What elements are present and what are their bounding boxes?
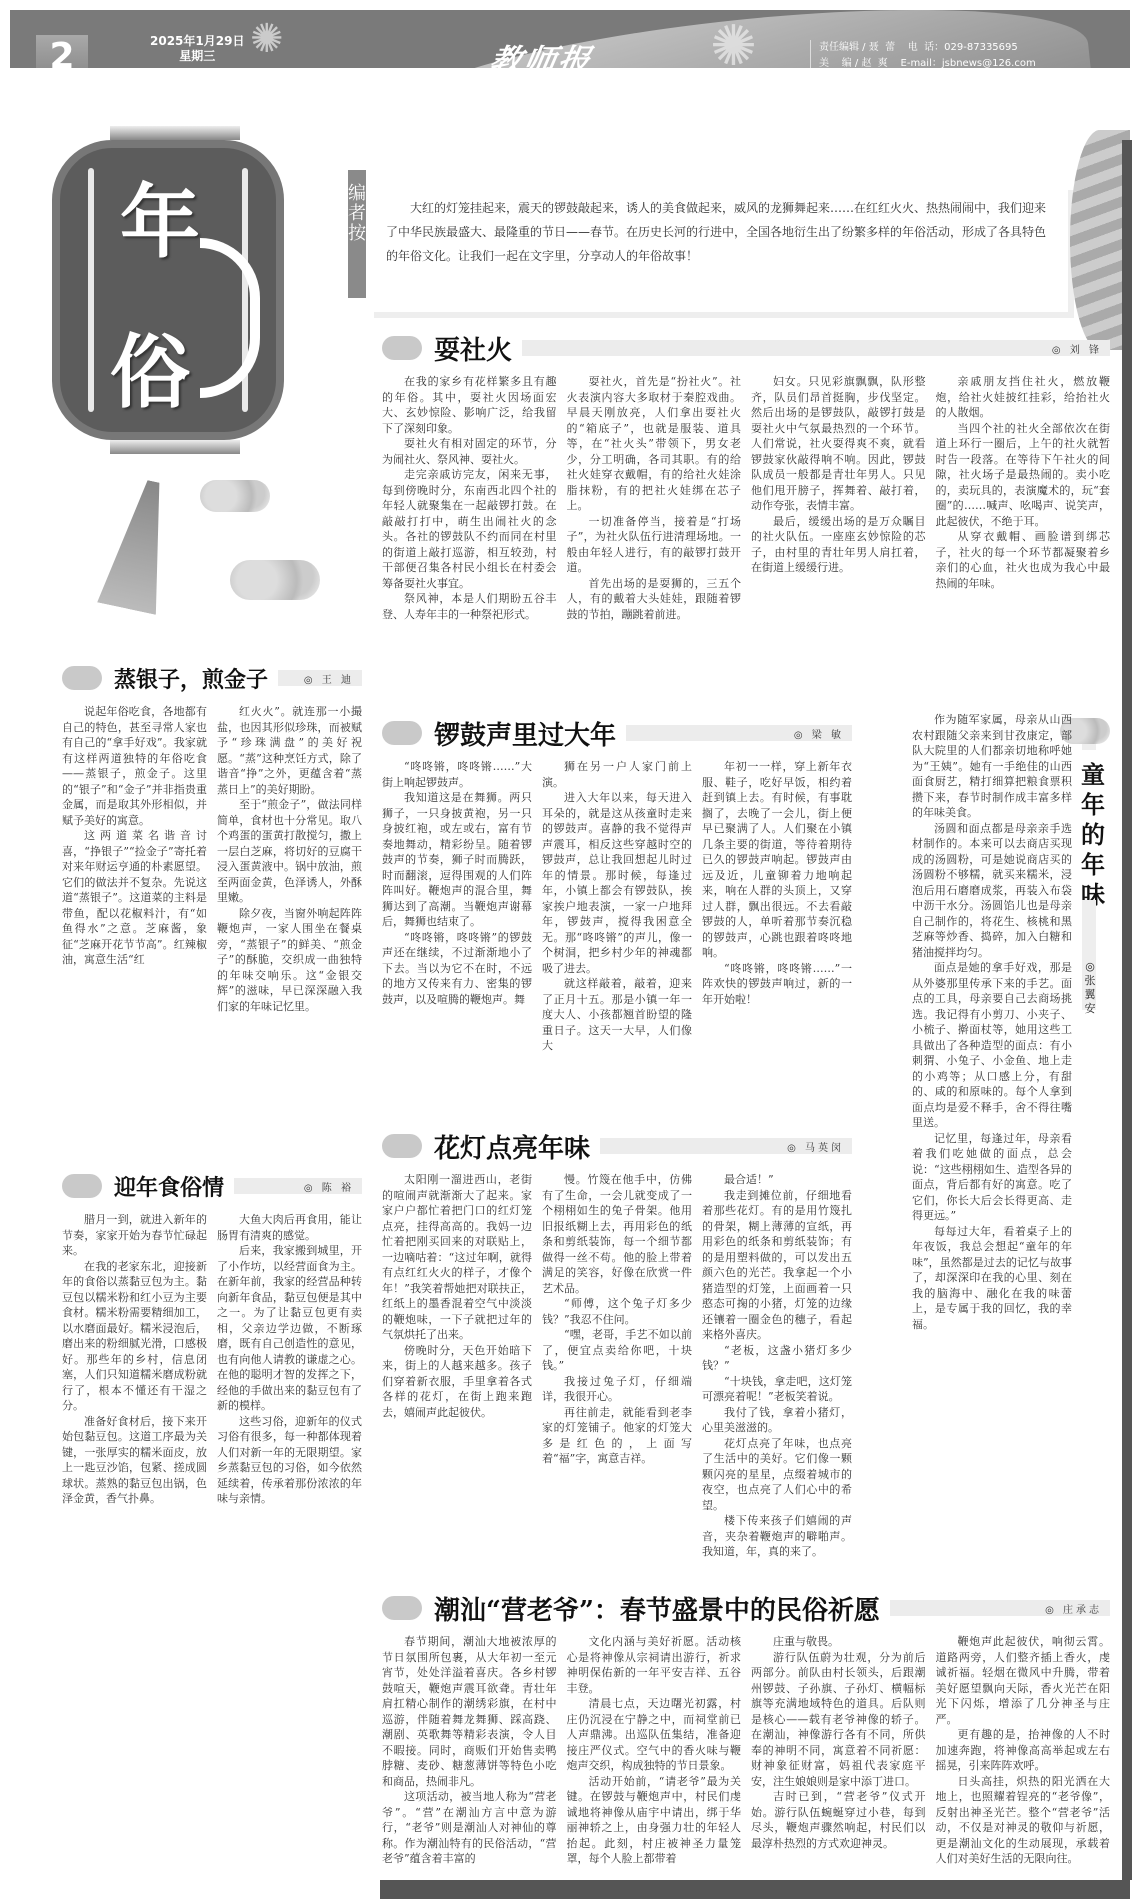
issue-date: 2025年1月29日 星期三 [150,34,244,64]
cloud-icon [382,721,422,745]
article-column: 最合适！”我走到摊位前，仔细地看着那些花灯。有的是用竹篾扎的骨架，糊上薄薄的宣纸… [702,1172,852,1602]
cloud-icon [200,480,270,512]
sidebar-title: 童年的年味 [1078,760,1108,910]
article-column: 慢。竹篾在他手中，仿佛有了生命，一会儿就变成了一个栩栩如生的兔子骨架。他用旧报纸… [542,1172,692,1602]
article-column: 亲戚朋友挡住社火，燃放鞭炮，给社火娃披红挂彩，给抬社火的人散烟。当四个社的社火全… [936,374,1111,684]
article-title: 蒸银子，煎金子 [114,663,268,694]
article-luo-gu: 锣鼓声里过大年 ◎ 梁 敏 “咚咚锵，咚咚锵……”大街上响起锣鼓声。我知道这是在… [382,715,852,1104]
article-column: 作为随军家属，母亲从山西农村跟随父亲来到甘孜康定，部队大院里的人们都亲切地称呼她… [912,712,1072,1532]
designer-line: 美 编 / 赵 爽 E-mail：jsbnews@126.com [819,56,1036,68]
article-column: 说起年俗吃食，各地都有自己的特色，甚至寻常人家也有自己的“拿手好戏”。我家就有这… [62,704,207,1124]
editor-note: 编者按 大红的灯笼挂起来，震天的锣鼓敲起来，诱人的美食做起来，威风的龙狮舞起来…… [348,170,1088,310]
cloud-icon [382,1596,422,1620]
editor-note-text: 大红的灯笼挂起来，震天的锣鼓敲起来，诱人的美食做起来，威风的龙狮舞起来……在红红… [368,184,1068,312]
firework-icon: ✺ [250,16,284,62]
article-ying-nian: 迎年食俗情 ◎ 陈 裕 腊月一到，就进入新年的节奏，家家开始为春节忙碌起来。在我… [62,1168,362,1852]
article-author: ◎ 梁 敏 [794,726,844,741]
article-column: 妇女。只见彩旗飘飘，队形整齐，队员们昂首挺胸，步伐坚定。然后出场的是锣鼓队，敲锣… [751,374,926,684]
cloud-icon [230,560,320,600]
bottom-band [380,1880,1130,1899]
cloud-icon [62,666,102,690]
article-column: 腊月一到，就进入新年的节奏，家家开始为春节忙碌起来。在我的老家东北，迎接新年的食… [62,1212,207,1852]
page-number: 2 [36,35,88,68]
editor-line: 责任编辑 / 聂 蕾 电 话：029-87335695 [819,40,1036,56]
lantern-banner: 年 俗 [52,140,284,440]
article-hua-deng: 花灯点亮年味 ◎ 马英闵 太阳刚一溜进西山，老街的喧闹声就渐渐大了起来。家家户户… [382,1128,852,1602]
article-ying-lao-ye: 潮汕“营老爷”：春节盛景中的民俗祈愿 ◎ 庄承志 春节期间，潮汕大地被浓厚的节日… [382,1590,1110,1874]
firework-icon: ✺ [710,14,757,68]
article-title: 花灯点亮年味 [434,1128,590,1165]
fan-decoration [1070,130,1130,350]
banner-char: 俗 [110,308,190,423]
article-column: “咚咚锵，咚咚锵……”大街上响起锣鼓声。我知道这是在舞狮。两只狮子，一只身披黄袍… [382,759,532,1104]
article-title: 潮汕“营老爷”：春节盛景中的民俗祈愿 [434,1590,880,1627]
article-column: 鞭炮声此起彼伏，响彻云霄。道路两旁，人们整齐插上香火，虔诚祈福。轻烟在微风中升腾… [936,1634,1111,1874]
editor-info: 责任编辑 / 聂 蕾 电 话：029-87335695美 编 / 赵 爽 E-m… [810,40,1036,68]
article-author: ◎ 陈 裕 [304,1179,354,1194]
article-title: 迎年食俗情 [114,1171,224,1202]
article-column: 庄重与敬畏。游行队伍蔚为壮观，分为前后两部分。前队由村长领头，后跟潮州锣鼓、子孙… [751,1634,926,1874]
article-column: 耍社火，首先是“扮社火”。社火表演内容大多取材于秦腔戏曲。早晨天刚放亮，人们拿出… [567,374,742,684]
article-shua-she-huo: 耍社火 ◎ 刘 锋 在我的家乡有花样繁多且有趣的年俗。其中，耍社火因场面宏大、玄… [382,330,1110,684]
lantern-rib [88,168,94,412]
article-column: 红火火”。就连那一小撮盐，也因其形似珍珠，而被赋予“珍珠满盘”的美好祝愿。“蒸”… [217,704,362,1124]
sidebar-author: ◎ 张翼安 [1075,960,1105,1016]
article-author: ◎ 王 迪 [304,671,354,686]
article-column: 春节期间，潮汕大地被浓厚的节日氛围所包裹，从大年初一至元宵节，处处洋溢着喜庆。各… [382,1634,557,1874]
article-title: 锣鼓声里过大年 [434,715,616,752]
newspaper-brand: 教师报 [486,36,596,68]
editor-note-tag: 编者按 [348,170,366,298]
cloud-icon [382,336,422,360]
article-column: 在我的家乡有花样繁多且有趣的年俗。其中，耍社火因场面宏大、玄妙惊险、影响广泛，给… [382,374,557,684]
article-header: 耍社火 ◎ 刘 锋 [382,330,1110,366]
cloud-icon [382,1134,422,1158]
article-column: 太阳刚一溜进西山，老街的喧闹声就渐渐大了起来。家家户户都忙着把门口的红灯笼点亮，… [382,1172,532,1602]
lantern-cap [110,126,240,140]
article-zheng-yin-zi: 蒸银子，煎金子 ◎ 王 迪 说起年俗吃食，各地都有自己的特色，甚至寻常人家也有自… [62,660,362,1124]
lantern-cap [110,440,240,454]
weekday-text: 星期三 [150,49,244,64]
snake-icon [200,238,260,398]
banner-char: 年 [120,158,200,273]
page-rail [1122,140,1132,1880]
masthead: ✺ ✺ 2 2025年1月29日 星期三 教师报 责任编辑 / 聂 蕾 电 话：… [10,10,1130,68]
article-column: 文化内涵与美好祈愿。活动核心是将神像从宗祠请出游行，祈求神明保佑新的一年平安吉祥… [567,1634,742,1874]
date-text: 2025年1月29日 [150,34,244,49]
article-author: ◎ 马英闵 [787,1139,844,1154]
article-title: 耍社火 [434,330,512,367]
cloud-icon [62,1174,102,1198]
article-column: 年初一一样，穿上新年衣服、鞋子，吃好早饭，相约着赶到镇上去。有时候，有事耽搁了，… [702,759,852,1104]
tassel-icon [97,475,183,615]
article-author: ◎ 刘 锋 [1052,341,1102,356]
article-author: ◎ 庄承志 [1045,1601,1102,1616]
article-column: 大鱼大肉后再食用，能让肠胃有清爽的感觉。后来，我家搬到城里，开了小作坊，以经营面… [217,1212,362,1852]
article-column: 狮在另一户人家门前上演。进入大年以来，每天进入耳朵的，就是这从孩童时走来的锣鼓声… [542,759,692,1104]
article-tong-nian: 作为随军家属，母亲从山西农村跟随父亲来到甘孜康定，部队大院里的人们都亲切地称呼她… [912,712,1072,1532]
